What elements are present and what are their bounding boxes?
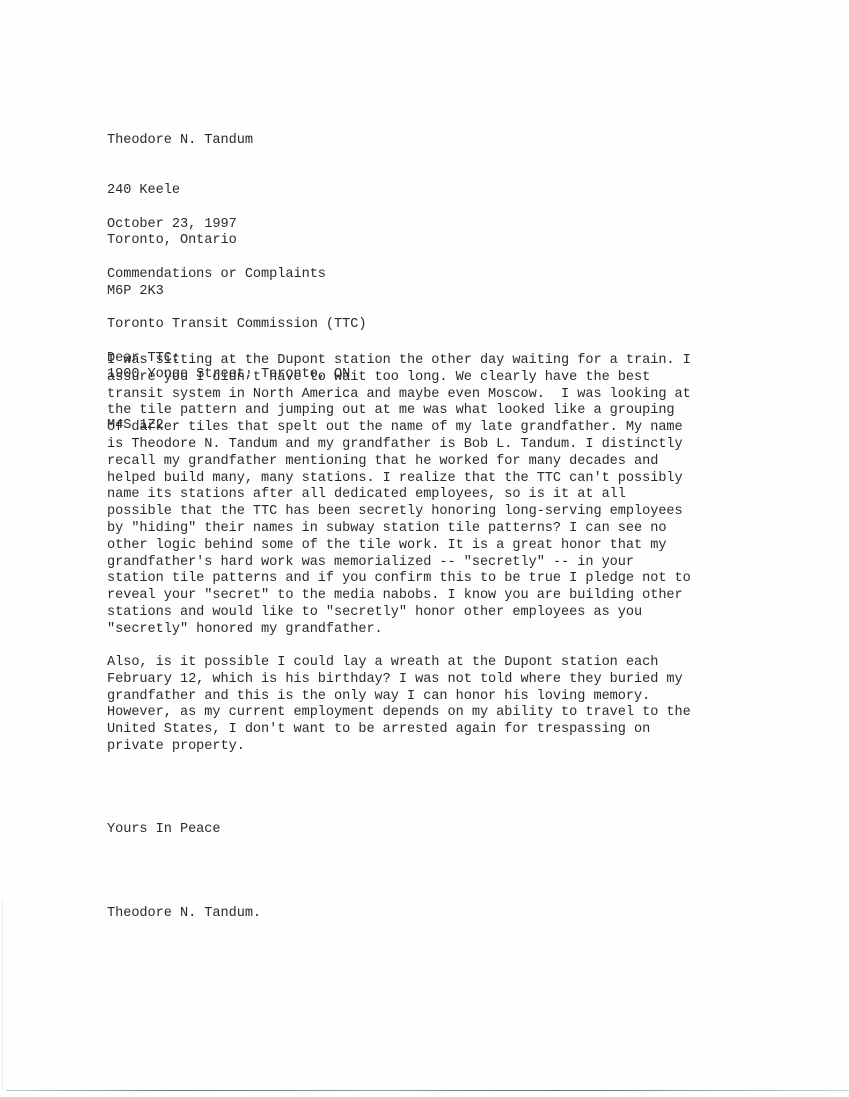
paragraph-line: of darker tiles that spelt out the name … (107, 420, 691, 437)
scan-bottom-line (6, 1090, 849, 1091)
paragraph-line: assure you I didn't have to wait too lon… (107, 370, 691, 387)
body-paragraph-2: Also, is it possible I could lay a wreat… (107, 655, 691, 756)
paragraph-line: is Theodore N. Tandum and my grandfather… (107, 437, 691, 454)
paragraph-line: other logic behind some of the tile work… (107, 538, 691, 555)
paragraph-line: by "hiding" their names in subway statio… (107, 521, 691, 538)
signature-text: Theodore N. Tandum. (107, 906, 261, 923)
paragraph-line: However, as my current employment depend… (107, 705, 691, 722)
paragraph-line: February 12, which is his birthday? I wa… (107, 672, 691, 689)
paragraph-line: helped build many, many stations. I real… (107, 471, 691, 488)
paragraph-line: "secretly" honored my grandfather. (107, 622, 691, 639)
paragraph-line: reveal your "secret" to the media nabobs… (107, 588, 691, 605)
paragraph-line: recall my grandfather mentioning that he… (107, 454, 691, 471)
letter-page: Theodore N. Tandum 240 Keele Toronto, On… (0, 0, 849, 1097)
paragraph-line: I was sitting at the Dupont station the … (107, 353, 691, 370)
paragraph-line: private property. (107, 739, 691, 756)
body-paragraph-1: I was sitting at the Dupont station the … (107, 353, 691, 639)
paragraph-line: the tile pattern and jumping out at me w… (107, 403, 691, 420)
paragraph-line: United States, I don't want to be arrest… (107, 722, 691, 739)
paragraph-line: possible that the TTC has been secretly … (107, 504, 691, 521)
date-text: October 23, 1997 (107, 217, 237, 234)
paragraph-line: grandfather and this is the only way I c… (107, 689, 691, 706)
paragraph-line: stations and would like to "secretly" ho… (107, 605, 691, 622)
paragraph-line: transit system in North America and mayb… (107, 387, 691, 404)
scan-edge-artifact (2, 900, 3, 1090)
paragraph-line: station tile patterns and if you confirm… (107, 571, 691, 588)
signature: Theodore N. Tandum. (107, 872, 261, 956)
paragraph-line: grandfather's hard work was memorialized… (107, 555, 691, 572)
closing: Yours In Peace (107, 788, 221, 872)
recipient-department: Commendations or Complaints (107, 267, 366, 284)
closing-text: Yours In Peace (107, 822, 221, 839)
sender-name: Theodore N. Tandum (107, 133, 253, 150)
paragraph-line: name its stations after all dedicated em… (107, 487, 691, 504)
paragraph-line: Also, is it possible I could lay a wreat… (107, 655, 691, 672)
